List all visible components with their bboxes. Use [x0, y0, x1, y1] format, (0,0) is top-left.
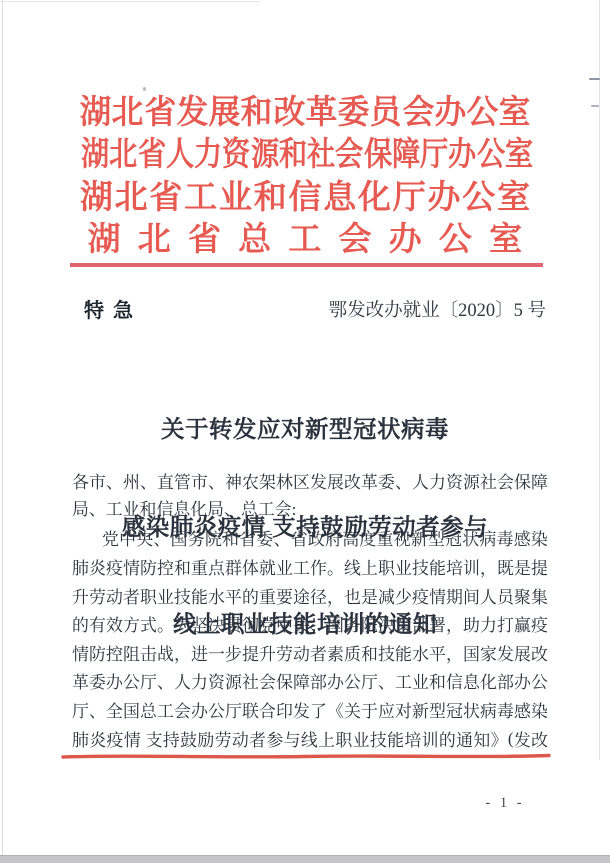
red-separator-line — [70, 263, 543, 267]
scan-artifact-dash — [589, 78, 600, 80]
document-number: 鄂发改办就业〔2020〕5 号 — [280, 296, 546, 322]
scan-edge-right-line — [599, 0, 600, 760]
document-body: 各市、州、直管市、神农架林区发展改革委、人力资源社会保障 局、工业和信息化局、总… — [72, 467, 548, 753]
body-line: 情防控阻击战，进一步提升劳动者素质和技能水平，国家发展改 — [72, 639, 548, 668]
scan-artifact-speck — [143, 87, 146, 91]
body-line: 党中央、国务院和省委、省政府高度重视新型冠状病毒感染 — [72, 524, 548, 553]
page-number: - 1 - — [430, 795, 580, 812]
scanned-document-page: 湖北省发展和改革委员会办公室 湖北省人力资源和社会保障厅办公室 湖北省工业和信息… — [0, 0, 610, 863]
letterhead-line: 湖北省总工会办公室 — [79, 219, 531, 261]
scan-artifact-dash — [591, 105, 599, 107]
body-line: 革委办公厅、人力资源社会保障部办公厅、工业和信息化部办公 — [72, 667, 548, 696]
body-line: 肺炎疫情防控和重点群体就业工作。线上职业技能培训，既是提 — [72, 553, 548, 582]
body-line: 肺炎疫情 支持鼓励劳动者参与线上职业技能培训的通知》(发改 — [72, 724, 548, 753]
body-line: 各市、州、直管市、神农架林区发展改革委、人力资源社会保障 — [72, 467, 548, 496]
letterhead-line: 湖北省发展和改革委员会办公室 — [79, 92, 531, 134]
body-line: 局、工业和信息化局、总工会: — [72, 496, 548, 525]
letterhead-line: 湖北省工业和信息化厅办公室 — [79, 177, 531, 219]
letterhead-line: 湖北省人力资源和社会保障厅办公室 — [79, 134, 531, 176]
scan-edge-top-line — [0, 1, 260, 2]
letterhead: 湖北省发展和改革委员会办公室 湖北省人力资源和社会保障厅办公室 湖北省工业和信息… — [79, 92, 531, 262]
body-line: 厅、全国总工会办公厅联合印发了《关于应对新型冠状病毒感染 — [72, 696, 548, 725]
scan-edge-left-line — [2, 0, 3, 855]
urgency-label: 特 急 — [84, 294, 135, 323]
title-line: 关于转发应对新型冠状病毒 — [68, 414, 542, 447]
red-underline-annotation — [60, 750, 552, 762]
body-line: 的有效方式。为坚决贯彻党中央、国务院决策部署，助力打赢疫 — [72, 610, 548, 639]
body-line: 升劳动者职业技能水平的重要途径，也是减少疫情期间人员聚集 — [72, 581, 548, 610]
scan-bottom-edge — [0, 855, 610, 863]
